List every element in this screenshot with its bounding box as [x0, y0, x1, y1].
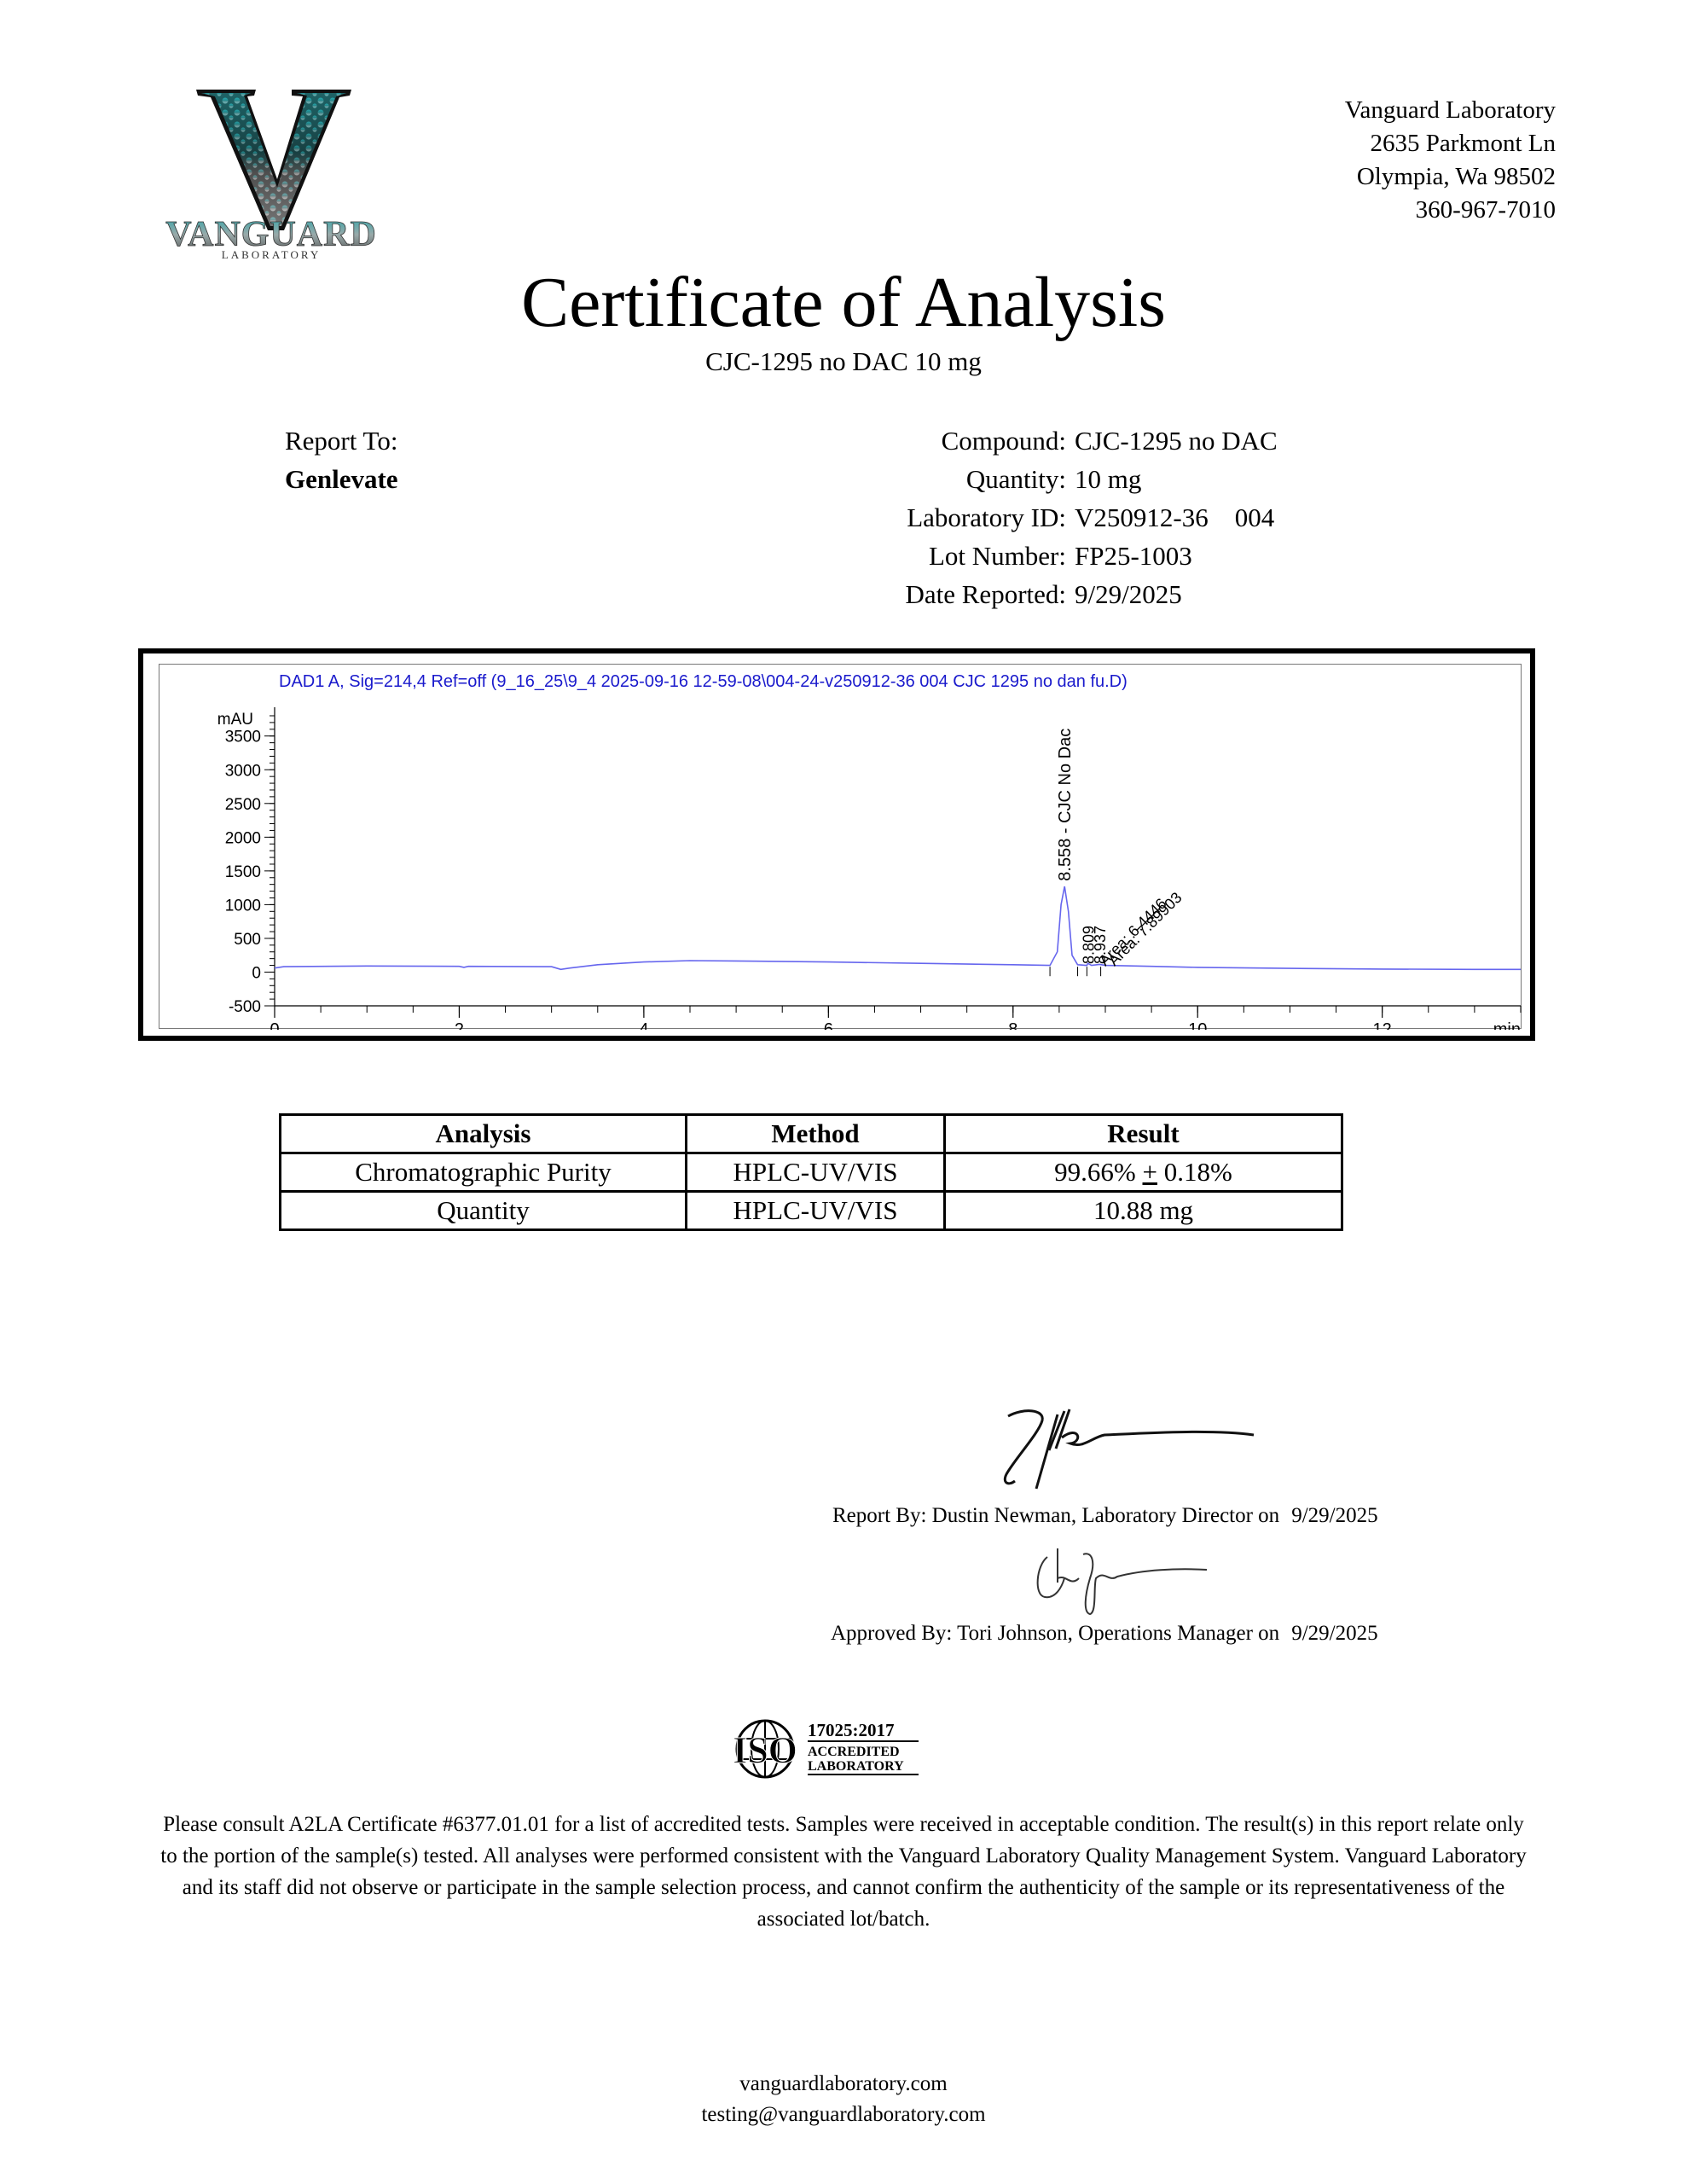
lab-phone: 360-967-7010: [1345, 194, 1556, 227]
page-title: Certificate of Analysis: [0, 260, 1687, 346]
results-header-row: Analysis Method Result: [281, 1115, 1342, 1153]
y-axis-label: mAU: [217, 711, 253, 729]
footer-website[interactable]: vanguardlaboratory.com: [0, 2069, 1687, 2100]
table-row: Chromatographic Purity HPLC-UV/VIS 99.66…: [281, 1153, 1342, 1192]
detail-value: 9/29/2025: [1075, 575, 1182, 613]
sample-details: Compound: CJC-1295 no DAC Quantity: 10 m…: [819, 421, 1278, 613]
iso-accreditation-badge: ISO 17025:2017 ACCREDITED LABORATORY: [727, 1715, 923, 1783]
detail-row-laboratory-id: Laboratory ID: V250912-36 004: [819, 498, 1278, 537]
header-method: Method: [687, 1115, 945, 1153]
signature-report-by: [998, 1399, 1271, 1493]
x-axis-label: min: [1493, 1020, 1521, 1030]
detail-label: Lot Number:: [819, 537, 1075, 575]
report-to-label: Report To:: [285, 421, 398, 460]
plus-minus-sign: +: [1143, 1157, 1157, 1187]
svg-text:17025:2017: 17025:2017: [808, 1720, 895, 1740]
chromatogram-plot: DAD1 A, Sig=214,4 Ref=off (9_16_25\9_4 2…: [159, 665, 1522, 1030]
page-subtitle: CJC-1295 no DAC 10 mg: [0, 345, 1687, 379]
signature-approved-by: [1032, 1544, 1211, 1621]
svg-text:12: 12: [1373, 1020, 1392, 1030]
detail-label: Compound:: [819, 421, 1075, 460]
lab-street: 2635 Parkmont Ln: [1345, 127, 1556, 160]
svg-text:500: 500: [234, 931, 261, 949]
detail-value: FP25-1003: [1075, 537, 1192, 575]
svg-text:0: 0: [270, 1020, 279, 1030]
svg-text:8: 8: [1008, 1020, 1017, 1030]
chromatogram-frame: DAD1 A, Sig=214,4 Ref=off (9_16_25\9_4 2…: [138, 648, 1535, 1041]
svg-text:1500: 1500: [225, 863, 261, 881]
svg-text:1000: 1000: [225, 897, 261, 915]
footer: vanguardlaboratory.com testing@vanguardl…: [0, 2069, 1687, 2130]
report-to-block: Report To: Genlevate: [285, 421, 398, 498]
cell-method: HPLC-UV/VIS: [687, 1192, 945, 1230]
footer-email[interactable]: testing@vanguardlaboratory.com: [0, 2100, 1687, 2130]
cell-method: HPLC-UV/VIS: [687, 1153, 945, 1192]
svg-text:-500: -500: [229, 998, 261, 1016]
lab-city: Olympia, Wa 98502: [1345, 160, 1556, 194]
svg-text:3500: 3500: [225, 729, 261, 746]
svg-text:Area: 7.89903: Area: 7.89903: [1105, 889, 1186, 969]
detail-row-quantity: Quantity: 10 mg: [819, 460, 1278, 498]
vanguard-logo: VANGUARD LABORATORY: [162, 85, 384, 260]
chromatogram: DAD1 A, Sig=214,4 Ref=off (9_16_25\9_4 2…: [159, 664, 1522, 1029]
detail-label: Laboratory ID:: [819, 498, 1075, 537]
svg-text:2000: 2000: [225, 829, 261, 847]
svg-text:10: 10: [1188, 1020, 1207, 1030]
svg-text:3000: 3000: [225, 762, 261, 780]
svg-text:0: 0: [252, 964, 261, 982]
table-row: Quantity HPLC-UV/VIS 10.88 mg: [281, 1192, 1342, 1230]
report-date: 9/29/2025: [1291, 1501, 1377, 1531]
client-name: Genlevate: [285, 460, 398, 498]
detail-value: 10 mg: [1075, 460, 1141, 498]
detail-row-date-reported: Date Reported: 9/29/2025: [819, 575, 1278, 613]
detail-row-compound: Compound: CJC-1295 no DAC: [819, 421, 1278, 460]
svg-text:ISO: ISO: [733, 1729, 797, 1771]
approved-by-line: Approved By: Tori Johnson, Operations Ma…: [831, 1619, 1378, 1648]
svg-text:8.558 - CJC No Dac: 8.558 - CJC No Dac: [1056, 729, 1075, 881]
detail-label: Quantity:: [819, 460, 1075, 498]
svg-text:4: 4: [639, 1020, 648, 1030]
lab-name: Vanguard Laboratory: [1345, 94, 1556, 127]
lab-address: Vanguard Laboratory 2635 Parkmont Ln Oly…: [1345, 94, 1556, 227]
detail-label: Date Reported:: [819, 575, 1075, 613]
approved-date: 9/29/2025: [1291, 1619, 1377, 1648]
header-result: Result: [945, 1115, 1342, 1153]
cell-result: 99.66% + 0.18%: [945, 1153, 1342, 1192]
cell-result: 10.88 mg: [945, 1192, 1342, 1230]
svg-text:LABORATORY: LABORATORY: [808, 1759, 904, 1774]
detail-value: V250912-36 004: [1075, 498, 1274, 537]
cell-analysis: Quantity: [281, 1192, 687, 1230]
detail-row-lot-number: Lot Number: FP25-1003: [819, 537, 1278, 575]
svg-text:LABORATORY: LABORATORY: [222, 248, 321, 260]
header-analysis: Analysis: [281, 1115, 687, 1153]
svg-text:ACCREDITED: ACCREDITED: [808, 1745, 900, 1759]
svg-text:6: 6: [824, 1020, 833, 1030]
svg-text:2: 2: [455, 1020, 464, 1030]
cell-analysis: Chromatographic Purity: [281, 1153, 687, 1192]
results-table: Analysis Method Result Chromatographic P…: [279, 1113, 1343, 1231]
report-by-line: Report By: Dustin Newman, Laboratory Dir…: [832, 1501, 1378, 1531]
chart-title: DAD1 A, Sig=214,4 Ref=off (9_16_25\9_4 2…: [279, 672, 1128, 691]
disclaimer-text: Please consult A2LA Certificate #6377.01…: [154, 1809, 1533, 1935]
chromatogram-trace: [275, 886, 1521, 969]
svg-text:2500: 2500: [225, 796, 261, 814]
detail-value: CJC-1295 no DAC: [1075, 421, 1278, 460]
